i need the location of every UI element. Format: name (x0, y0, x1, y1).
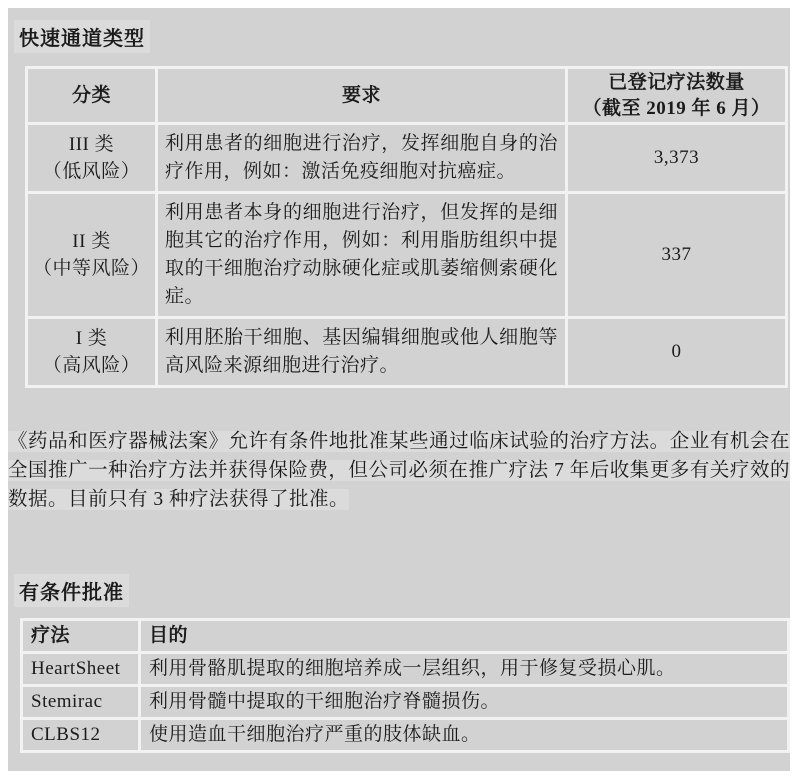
requirement-cell: 利用胚胎干细胞、基因编辑细胞或他人细胞等高风险来源细胞进行治疗。 (157, 318, 567, 387)
class-cell-i: I 类 （高风险） (27, 318, 157, 387)
table-row: III 类 （低风险） 利用患者的细胞进行治疗，发挥细胞自身的治疗作用，例如：激… (27, 124, 787, 193)
therapy-name-cell: CLBS12 (22, 719, 140, 752)
class-risk-label: （高风险） (30, 352, 153, 379)
fast-track-header-row: 分类 要求 已登记疗法数量 （截至 2019 年 6 月） (27, 68, 787, 124)
class-label: III 类 (30, 131, 153, 158)
registered-count-cell: 0 (567, 318, 787, 387)
document-frame: 快速通道类型 分类 要求 已登记疗法数量 （截至 2019 年 6 月） III… (0, 0, 800, 781)
class-label: I 类 (30, 325, 153, 352)
header-registered-count-line1: 已登记疗法数量 (568, 70, 785, 96)
class-cell-ii: II 类 （中等风险） (27, 193, 157, 318)
header-registered-count-line2: （截至 2019 年 6 月） (568, 96, 785, 122)
header-purpose: 目的 (140, 620, 789, 653)
table-row: II 类 （中等风险） 利用患者本身的细胞进行治疗，但发挥的是细胞其它的治疗作用… (27, 193, 787, 318)
table-row: CLBS12 使用造血干细胞治疗严重的肢体缺血。 (22, 719, 789, 752)
conditional-approval-section-title: 有条件批准 (14, 574, 129, 607)
header-classification: 分类 (27, 68, 157, 124)
conditional-header-row: 疗法 目的 (22, 620, 789, 653)
therapy-name-cell: HeartSheet (22, 653, 140, 686)
registered-count-cell: 337 (567, 193, 787, 318)
class-risk-label: （中等风险） (30, 255, 153, 282)
class-cell-iii: III 类 （低风险） (27, 124, 157, 193)
therapy-purpose-cell: 利用骨骼肌提取的细胞培养成一层组织，用于修复受损心肌。 (140, 653, 789, 686)
registered-count-cell: 3,373 (567, 124, 787, 193)
table-row: Stemirac 利用骨髓中提取的干细胞治疗脊髓损伤。 (22, 686, 789, 719)
requirement-cell: 利用患者的细胞进行治疗，发挥细胞自身的治疗作用，例如：激活免疫细胞对抗癌症。 (157, 124, 567, 193)
header-requirement: 要求 (157, 68, 567, 124)
therapy-purpose-cell: 利用骨髓中提取的干细胞治疗脊髓损伤。 (140, 686, 789, 719)
therapy-purpose-cell: 使用造血干细胞治疗严重的肢体缺血。 (140, 719, 789, 752)
header-therapy: 疗法 (22, 620, 140, 653)
fast-track-section-title: 快速通道类型 (14, 20, 150, 53)
paragraph-text: 《药品和医疗器械法案》允许有条件地批准某些通过临床试验的治疗方法。企业有机会在全… (8, 431, 790, 510)
conditional-approval-table: 疗法 目的 HeartSheet 利用骨骼肌提取的细胞培养成一层组织，用于修复受… (20, 618, 790, 753)
table-row: I 类 （高风险） 利用胚胎干细胞、基因编辑细胞或他人细胞等高风险来源细胞进行治… (27, 318, 787, 387)
therapy-name-cell: Stemirac (22, 686, 140, 719)
header-registered-count: 已登记疗法数量 （截至 2019 年 6 月） (567, 68, 787, 124)
conditional-approval-paragraph: 《药品和医疗器械法案》允许有条件地批准某些通过临床试验的治疗方法。企业有机会在全… (8, 427, 790, 514)
fast-track-table: 分类 要求 已登记疗法数量 （截至 2019 年 6 月） III 类 （低风险… (25, 66, 788, 388)
table-row: HeartSheet 利用骨骼肌提取的细胞培养成一层组织，用于修复受损心肌。 (22, 653, 789, 686)
document-page: 快速通道类型 分类 要求 已登记疗法数量 （截至 2019 年 6 月） III… (8, 8, 790, 771)
class-label: II 类 (30, 228, 153, 255)
requirement-cell: 利用患者本身的细胞进行治疗，但发挥的是细胞其它的治疗作用，例如：利用脂肪组织中提… (157, 193, 567, 318)
class-risk-label: （低风险） (30, 158, 153, 185)
